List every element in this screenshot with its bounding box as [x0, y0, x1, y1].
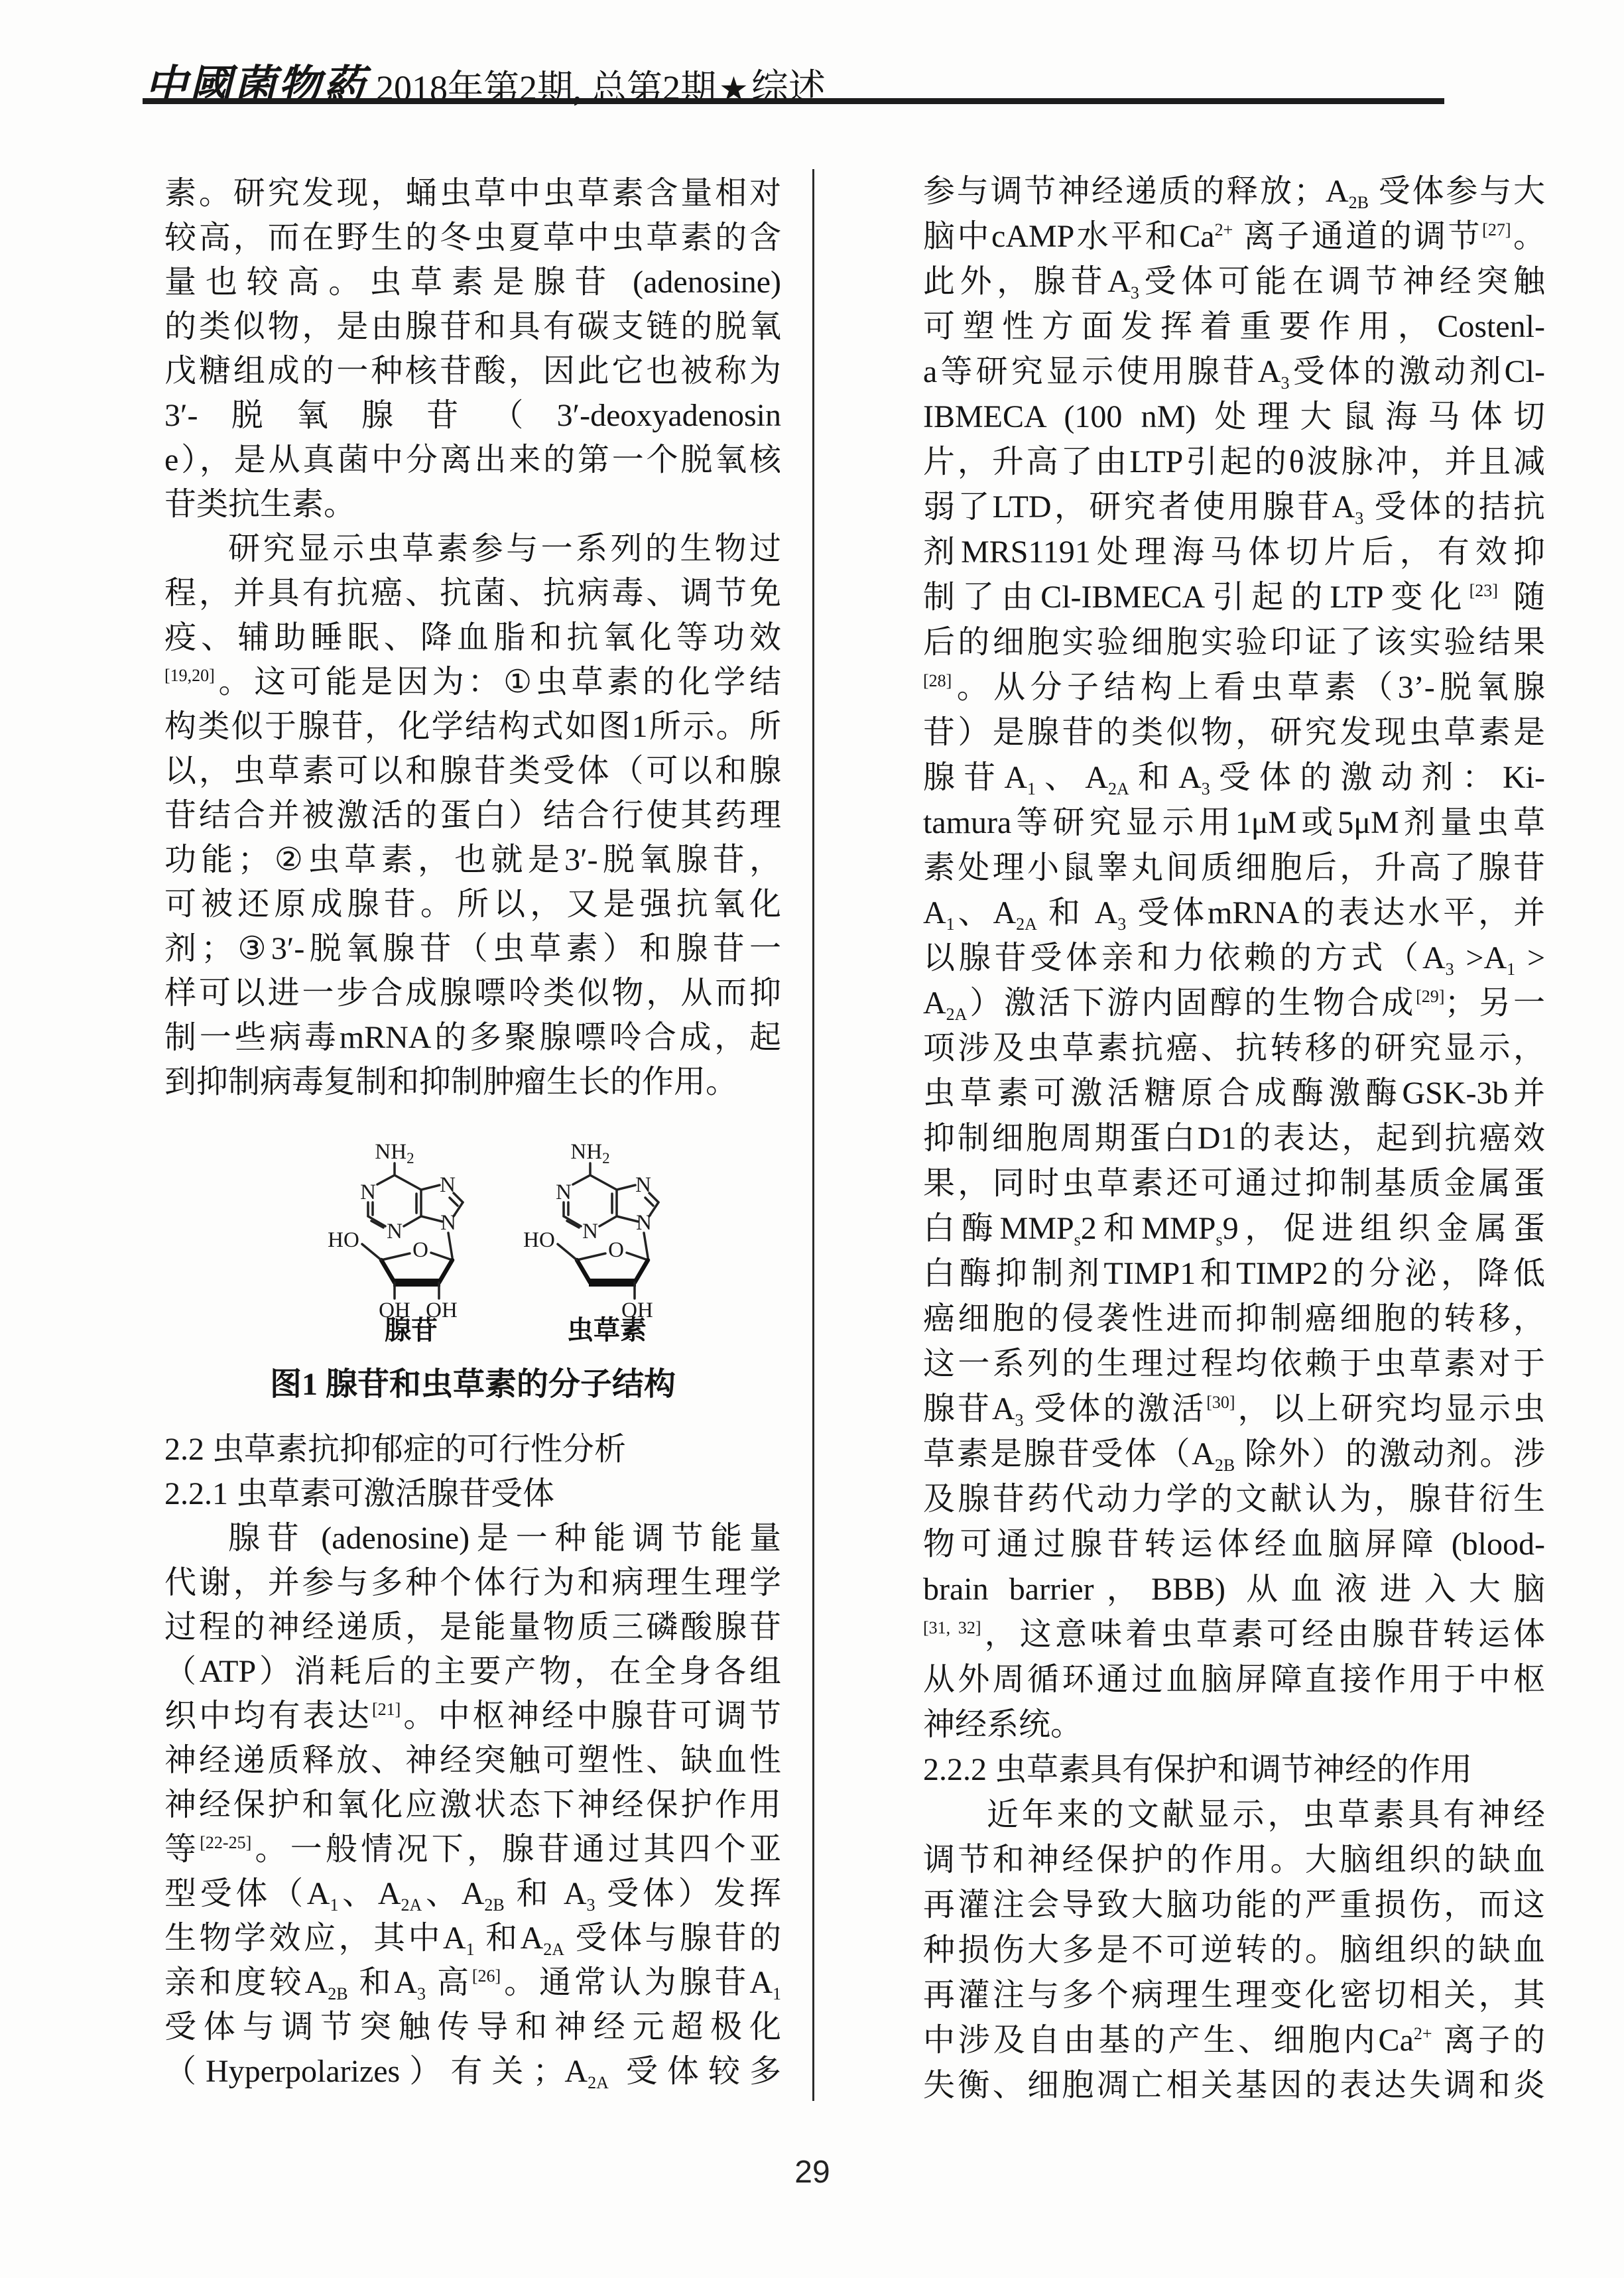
text-line: 中涉及自由基的产生、细胞内Ca2+ 离子的	[923, 2018, 1545, 2063]
text-line: 项涉及虫草素抗癌、抗转移的研究显示，	[923, 1026, 1545, 1071]
text-line: 苷结合并被激活的蛋白）结合行使其药理	[164, 793, 781, 838]
text-line: 抑制细胞周期蛋白D1的表达，起到抗癌效	[923, 1116, 1545, 1161]
nitrogen-label: N	[582, 1220, 598, 1243]
text-line: tamura等研究显示用1μM或5μM剂量虫草	[923, 800, 1545, 846]
text-line: 过程的神经递质，是能量物质三磷酸腺苷	[164, 1605, 781, 1649]
adenosine-name-label: 腺苷	[385, 1315, 438, 1345]
text-line: 调节和神经保护的作用。大脑组织的缺血	[923, 1838, 1545, 1883]
text-line: （Hyperpolarizes）有关；A2A 受体较多	[164, 2049, 781, 2094]
text-line: 果，同时虫草素还可通过抑制基质金属蛋	[923, 1161, 1545, 1206]
hydroxyl-ho-label: HO	[523, 1228, 555, 1252]
nitrogen-label: N	[635, 1173, 651, 1197]
text-line: 代谢，并参与多种个体行为和病理生理学	[164, 1560, 781, 1605]
figure-caption: 图1 腺苷和虫草素的分子结构	[164, 1365, 781, 1405]
text-line: 等[22-25]。一般情况下，腺苷通过其四个亚	[164, 1827, 781, 1871]
text-line: IBMECA (100 nM) 处理大鼠海马体切	[923, 395, 1545, 440]
text-line: 癌细胞的侵袭性进而抑制癌细胞的转移，	[923, 1297, 1545, 1342]
nitrogen-label: N	[440, 1173, 456, 1197]
text-line: 型受体（A1、A2A、A2B 和 A3 受体）发挥	[164, 1871, 781, 1916]
text-line: 再灌注与多个病理生理变化密切相关，其	[923, 1973, 1545, 2018]
journal-page: 中國菌物葯2018年第2期, 总第2期★综述 素。研究发现，蛹虫草中虫草素含量相…	[0, 0, 1624, 2278]
text-line: [19,20]。这可能是因为：①虫草素的化学结	[164, 660, 781, 704]
text-line: [31, 32]，这意味着虫草素可经由腺苷转运体	[923, 1612, 1545, 1657]
text-line: 样可以进一步合成腺嘌呤类似物，从而抑	[164, 971, 781, 1015]
nitrogen-label: N	[440, 1211, 456, 1235]
section-heading: 2.2.1 虫草素可激活腺苷受体	[164, 1472, 781, 1516]
text-line: 脑中cAMP水平和Ca2+ 离子通道的调节[27]。	[923, 214, 1545, 259]
text-line: 虫草素可激活糖原合成酶激酶GSK-3b并	[923, 1071, 1545, 1116]
text-line: 神经保护和氧化应激状态下神经保护作用	[164, 1783, 781, 1827]
cordycepin-name-label: 虫草素	[567, 1315, 647, 1345]
adenosine-structure: NH2 N N N N	[328, 1140, 463, 1345]
nitrogen-label: N	[387, 1220, 403, 1243]
oxygen-label: O	[412, 1238, 428, 1262]
hydroxyl-ho-label: HO	[328, 1228, 359, 1252]
text-line: 腺苷A3 受体的激活[30]，以上研究均显示虫	[923, 1387, 1545, 1432]
text-line: 白酶MMPs2和MMPs9，促进组织金属蛋	[923, 1206, 1545, 1251]
text-line: 白酶抑制剂TIMP1和TIMP2的分泌，降低	[923, 1251, 1545, 1297]
text-line: 生物学效应，其中A1 和A2A 受体与腺苷的	[164, 1916, 781, 1960]
text-line: A2A）激活下游内固醇的生物合成[29]；另一	[923, 981, 1545, 1026]
text-line: 近年来的文献显示，虫草素具有神经	[923, 1793, 1545, 1838]
text-line: 弱了LTD，研究者使用腺苷A3 受体的拮抗	[923, 485, 1545, 530]
text-line: 神经递质释放、神经突触可塑性、缺血性	[164, 1738, 781, 1783]
text-line: 腺苷A1、A2A和A3受体的激动剂：Ki-	[923, 755, 1545, 800]
text-line: 较高，而在野生的冬虫夏草中虫草素的含	[164, 216, 781, 260]
text-line: 量也较高。虫草素是腺苷 (adenosine)	[164, 260, 781, 304]
text-line: 3′-脱氧腺苷（3′-deoxyadenosin	[164, 393, 781, 438]
text-line: 以腺苷受体亲和力依赖的方式（A3 >A1 >	[923, 936, 1545, 981]
right-column: 参与调节神经递质的释放；A2B 受体参与大脑中cAMP水平和Ca2+ 离子通道的…	[923, 169, 1545, 2108]
text-line: 织中均有表达[21]。中枢神经中腺苷可调节	[164, 1694, 781, 1738]
figure-1: NH2 N N N N	[302, 1135, 673, 1354]
text-line: 受体与调节突触传导和神经元超极化	[164, 2005, 781, 2049]
text-line: 亲和度较A2B 和A3 高[26]。通常认为腺苷A1	[164, 1960, 781, 2005]
text-line: 这一系列的生理过程均依赖于虫草素对于	[923, 1342, 1545, 1387]
page-header: 中國菌物葯2018年第2期, 总第2期★综述	[145, 52, 826, 105]
text-line: a等研究显示使用腺苷A3受体的激动剂Cl-	[923, 349, 1545, 395]
text-line: 物可通过腺苷转运体经血脑屏障 (blood-	[923, 1522, 1545, 1567]
text-line: 制了由Cl-IBMECA引起的LTP变化[23] 随	[923, 575, 1545, 620]
text-line: 片，升高了由LTP引起的θ波脉冲，并且减	[923, 440, 1545, 485]
text-line: 苷类抗生素。	[164, 482, 781, 527]
text-line: 功能；②虫草素，也就是3′-脱氧腺苷，	[164, 838, 781, 882]
text-line: 草素是腺苷受体（A2B 除外）的激动剂。涉	[923, 1432, 1545, 1477]
text-line: 构类似于腺苷，化学结构式如图1所示。所	[164, 704, 781, 749]
header-rule	[143, 98, 1444, 104]
text-line: 素处理小鼠睾丸间质细胞后，升高了腺苷	[923, 846, 1545, 891]
nitrogen-label: N	[556, 1180, 572, 1204]
left-column-upper: 素。研究发现，蛹虫草中虫草素含量相对较高，而在野生的冬虫夏草中虫草素的含量也较高…	[164, 171, 781, 1104]
text-line: 种损伤大多是不可逆转的。脑组织的缺血	[923, 1928, 1545, 1973]
text-line: 此外，腺苷A3受体可能在调节神经突触	[923, 259, 1545, 304]
text-line: 苷）是腺苷的类似物，研究发现虫草素是	[923, 710, 1545, 755]
text-line: 从外周循环通过血脑屏障直接作用于中枢	[923, 1657, 1545, 1702]
text-line: 腺苷 (adenosine)是一种能调节能量	[164, 1516, 781, 1560]
text-line: 研究显示虫草素参与一系列的生物过	[164, 527, 781, 571]
text-line: 程，并具有抗癌、抗菌、抗病毒、调节免	[164, 571, 781, 615]
text-line: [28]。从分子结构上看虫草素（3’-脱氧腺	[923, 665, 1545, 710]
oxygen-label: O	[608, 1238, 624, 1262]
left-column-lower: 2.2 虫草素抗抑郁症的可行性分析2.2.1 虫草素可激活腺苷受体腺苷 (ade…	[164, 1427, 781, 2094]
text-line: 及腺苷药代动力学的文献认为，腺苷衍生	[923, 1477, 1545, 1522]
text-line: 戊糖组成的一种核苷酸，因此它也被称为	[164, 349, 781, 393]
cordycepin-structure: NH2 N N N N	[523, 1140, 658, 1345]
molecule-structures-figure: NH2 N N N N	[302, 1135, 673, 1354]
text-line: e），是从真菌中分离出来的第一个脱氧核	[164, 438, 781, 482]
section-heading: 2.2.2 虫草素具有保护和调节神经的作用	[923, 1747, 1545, 1793]
text-line: 神经系统。	[923, 1702, 1545, 1747]
nitrogen-label: N	[360, 1180, 376, 1204]
text-line: 后的细胞实验细胞实验印证了该实验结果	[923, 620, 1545, 665]
text-line: 剂；③3′-脱氧腺苷（虫草素）和腺苷一	[164, 926, 781, 971]
page-number: 29	[763, 2154, 862, 2190]
text-line: 制一些病毒mRNA的多聚腺嘌呤合成，起	[164, 1015, 781, 1060]
text-line: 再灌注会导致大脑功能的严重损伤，而这	[923, 1883, 1545, 1928]
text-line: 失衡、细胞凋亡相关基因的表达失调和炎	[923, 2063, 1545, 2108]
text-line: 剂MRS1191处理海马体切片后，有效抑	[923, 530, 1545, 575]
text-line: （ATP）消耗后的主要产物，在全身各组	[164, 1649, 781, 1694]
text-line: 疫、辅助睡眠、降血脂和抗氧化等功效	[164, 615, 781, 660]
text-line: 以，虫草素可以和腺苷类受体（可以和腺	[164, 749, 781, 793]
column-divider	[812, 169, 814, 2101]
text-line: 参与调节神经递质的释放；A2B 受体参与大	[923, 169, 1545, 214]
nitrogen-label: N	[636, 1211, 652, 1235]
text-line: 可塑性方面发挥着重要作用，Costenl-	[923, 304, 1545, 349]
text-line: brain barrier，BBB) 从血液进入大脑	[923, 1567, 1545, 1612]
text-line: 的类似物，是由腺苷和具有碳支链的脱氧	[164, 304, 781, 349]
text-line: 素。研究发现，蛹虫草中虫草素含量相对	[164, 171, 781, 216]
text-line: 可被还原成腺苷。所以，又是强抗氧化	[164, 882, 781, 926]
text-line: A1、A2A 和 A3 受体mRNA的表达水平，并	[923, 891, 1545, 936]
text-line: 到抑制病毒复制和抑制肿瘤生长的作用。	[164, 1060, 781, 1104]
section-heading: 2.2 虫草素抗抑郁症的可行性分析	[164, 1427, 781, 1472]
